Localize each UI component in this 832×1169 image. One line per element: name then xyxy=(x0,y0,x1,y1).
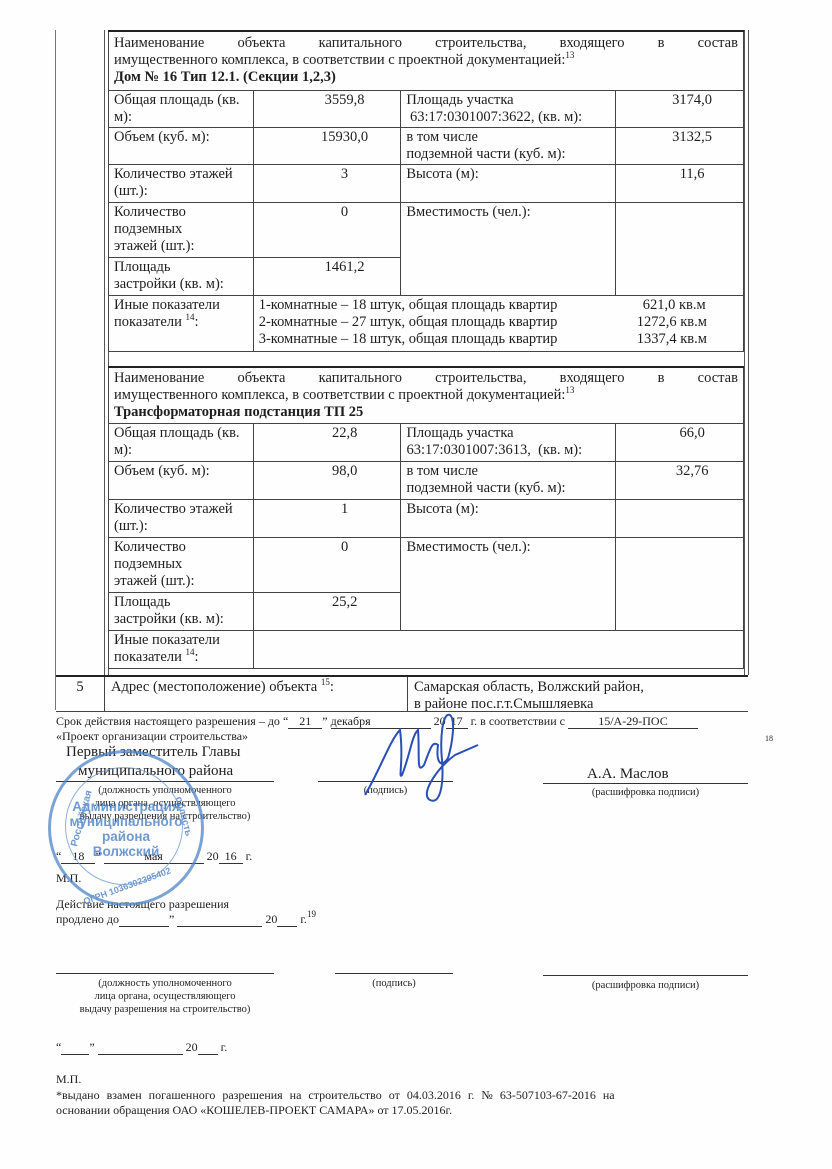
object-header-line1: Наименование объекта капитального строит… xyxy=(114,370,738,387)
name-caption: (расшифровка подписи) xyxy=(543,786,748,800)
volume-label: Объем (куб. м): xyxy=(109,462,254,500)
apartment-row-1: 1-комнатные – 18 штук, общая площадь ква… xyxy=(259,297,738,314)
volume-value: 98,0 xyxy=(253,462,401,500)
ext-signature-caption: (подпись) xyxy=(335,977,453,991)
ext-position-caption: (должность уполномоченного лица органа, … xyxy=(56,977,274,1016)
underground-volume-value: 32,76 xyxy=(616,462,744,500)
height-label: Высота (м): xyxy=(401,165,616,203)
stamp-line3: района xyxy=(51,829,201,844)
total-area-value: 3559,8 xyxy=(253,91,401,128)
footnote-13: 13 xyxy=(565,50,574,60)
note-line1: *выдано взамен погашенного разрешения на… xyxy=(56,1088,748,1102)
underground-floors-value: 0 xyxy=(253,538,401,593)
validity-doc-ref: 15/А-29-ПОС xyxy=(568,714,698,729)
floors-value: 1 xyxy=(253,500,401,538)
volume-value: 15930,0 xyxy=(253,128,401,165)
total-area-value: 22,8 xyxy=(253,424,401,462)
underground-floors-label: Количество подземных этажей (шт.): xyxy=(109,203,254,258)
validity-line-2: «Проект организации строительства» xyxy=(56,729,248,743)
ext-name-caption: (расшифровка подписи) xyxy=(543,979,748,993)
footnote-13: 13 xyxy=(565,385,574,395)
official-stamp: Российская область ОГРН 1036302395402 Ад… xyxy=(48,750,204,906)
footnote-18: 18 xyxy=(765,732,773,746)
underground-volume-label: в том числеподземной части (куб. м): xyxy=(401,462,616,500)
object-header: Наименование объекта капитального строит… xyxy=(109,31,744,91)
object-header: Наименование объекта капитального строит… xyxy=(109,367,744,424)
footprint-label: Площадь застройки (кв. м): xyxy=(109,258,254,296)
object-header-line2: имущественного комплекса, в соответствии… xyxy=(114,52,565,68)
height-value: 11,6 xyxy=(616,165,744,203)
total-area-label: Общая площадь (кв. м): xyxy=(109,424,254,462)
capacity-label: Вместимость (чел.): xyxy=(401,203,616,296)
object-name: Трансформаторная подстанция ТП 25 xyxy=(114,404,738,421)
ext-signature-underline xyxy=(335,973,453,974)
stamp-line4: Волжский xyxy=(51,844,201,859)
footprint-value: 1461,2 xyxy=(253,258,401,296)
capacity-value xyxy=(616,538,744,631)
floors-value: 3 xyxy=(253,165,401,203)
other-indicators-values xyxy=(253,631,743,669)
object-table-tp-25: Наименование объекта капитального строит… xyxy=(108,366,744,669)
floors-label: Количество этажей (шт.): xyxy=(109,165,254,203)
height-value xyxy=(616,500,744,538)
extension-line2: продлено до ” 20 г.19 xyxy=(56,912,316,927)
stamp-line1: Администрация xyxy=(51,799,201,814)
row-number: 5 xyxy=(56,677,105,711)
volume-label: Объем (куб. м): xyxy=(109,128,254,165)
plot-area-value: 66,0 xyxy=(616,424,744,462)
signatory-name: А.А. Маслов xyxy=(587,765,669,783)
underground-volume-value: 3132,5 xyxy=(616,128,744,165)
stamp-line2: муниципального xyxy=(51,814,201,829)
plot-area-value: 3174,0 xyxy=(616,91,744,128)
other-indicators-values: 1-комнатные – 18 штук, общая площадь ква… xyxy=(253,296,743,352)
permit-page: Наименование объекта капитального строит… xyxy=(0,0,832,1169)
table-left-border xyxy=(55,30,56,710)
validity-day: 21 xyxy=(288,714,322,729)
mp-label-2: М.П. xyxy=(56,1072,81,1086)
note-line2: основании обращения ОАО «КОШЕЛЕВ-ПРОЕКТ … xyxy=(56,1103,452,1117)
inner-table-right-border xyxy=(744,30,749,675)
underground-floors-label: Количество подземных этажей (шт.): xyxy=(109,538,254,593)
capacity-label: Вместимость (чел.): xyxy=(401,538,616,631)
object-table-house-16: Наименование объекта капитального строит… xyxy=(108,30,744,352)
height-label: Высота (м): xyxy=(401,500,616,538)
name-underline xyxy=(543,783,748,784)
handwritten-signature-icon xyxy=(360,700,500,810)
floors-label: Количество этажей (шт.): xyxy=(109,500,254,538)
other-indicators-label: Иные показателипоказатели 14: xyxy=(109,631,254,669)
footprint-label: Площадь застройки (кв. м): xyxy=(109,593,254,631)
underground-floors-value: 0 xyxy=(253,203,401,258)
issue-year: 16 xyxy=(219,849,243,864)
ext-date: “ ” 20 г. xyxy=(56,1040,227,1055)
footnote-19: 19 xyxy=(307,909,316,919)
object-header-line2: имущественного комплекса, в соответствии… xyxy=(114,387,565,403)
ext-name-underline xyxy=(543,975,748,976)
apartment-row-2: 2-комнатные – 27 штук, общая площадь ква… xyxy=(259,314,738,331)
ext-position-underline xyxy=(56,973,274,974)
object-name: Дом № 16 Тип 12.1. (Секции 1,2,3) xyxy=(114,69,738,86)
plot-area-label: Площадь участка 63:17:0301007:3622, (кв.… xyxy=(401,91,616,128)
other-indicators-label: Иные показателипоказатели 14: xyxy=(109,296,254,352)
total-area-label: Общая площадь (кв. м): xyxy=(109,91,254,128)
object-header-line1: Наименование объекта капитального строит… xyxy=(114,35,738,52)
apartment-row-3: 3-комнатные – 18 штук, общая площадь ква… xyxy=(259,331,738,348)
underground-volume-label: в том числеподземной части (куб. м): xyxy=(401,128,616,165)
footprint-value: 25,2 xyxy=(253,593,401,631)
plot-area-label: Площадь участка63:17:0301007:3613, (кв. … xyxy=(401,424,616,462)
capacity-value xyxy=(616,203,744,296)
